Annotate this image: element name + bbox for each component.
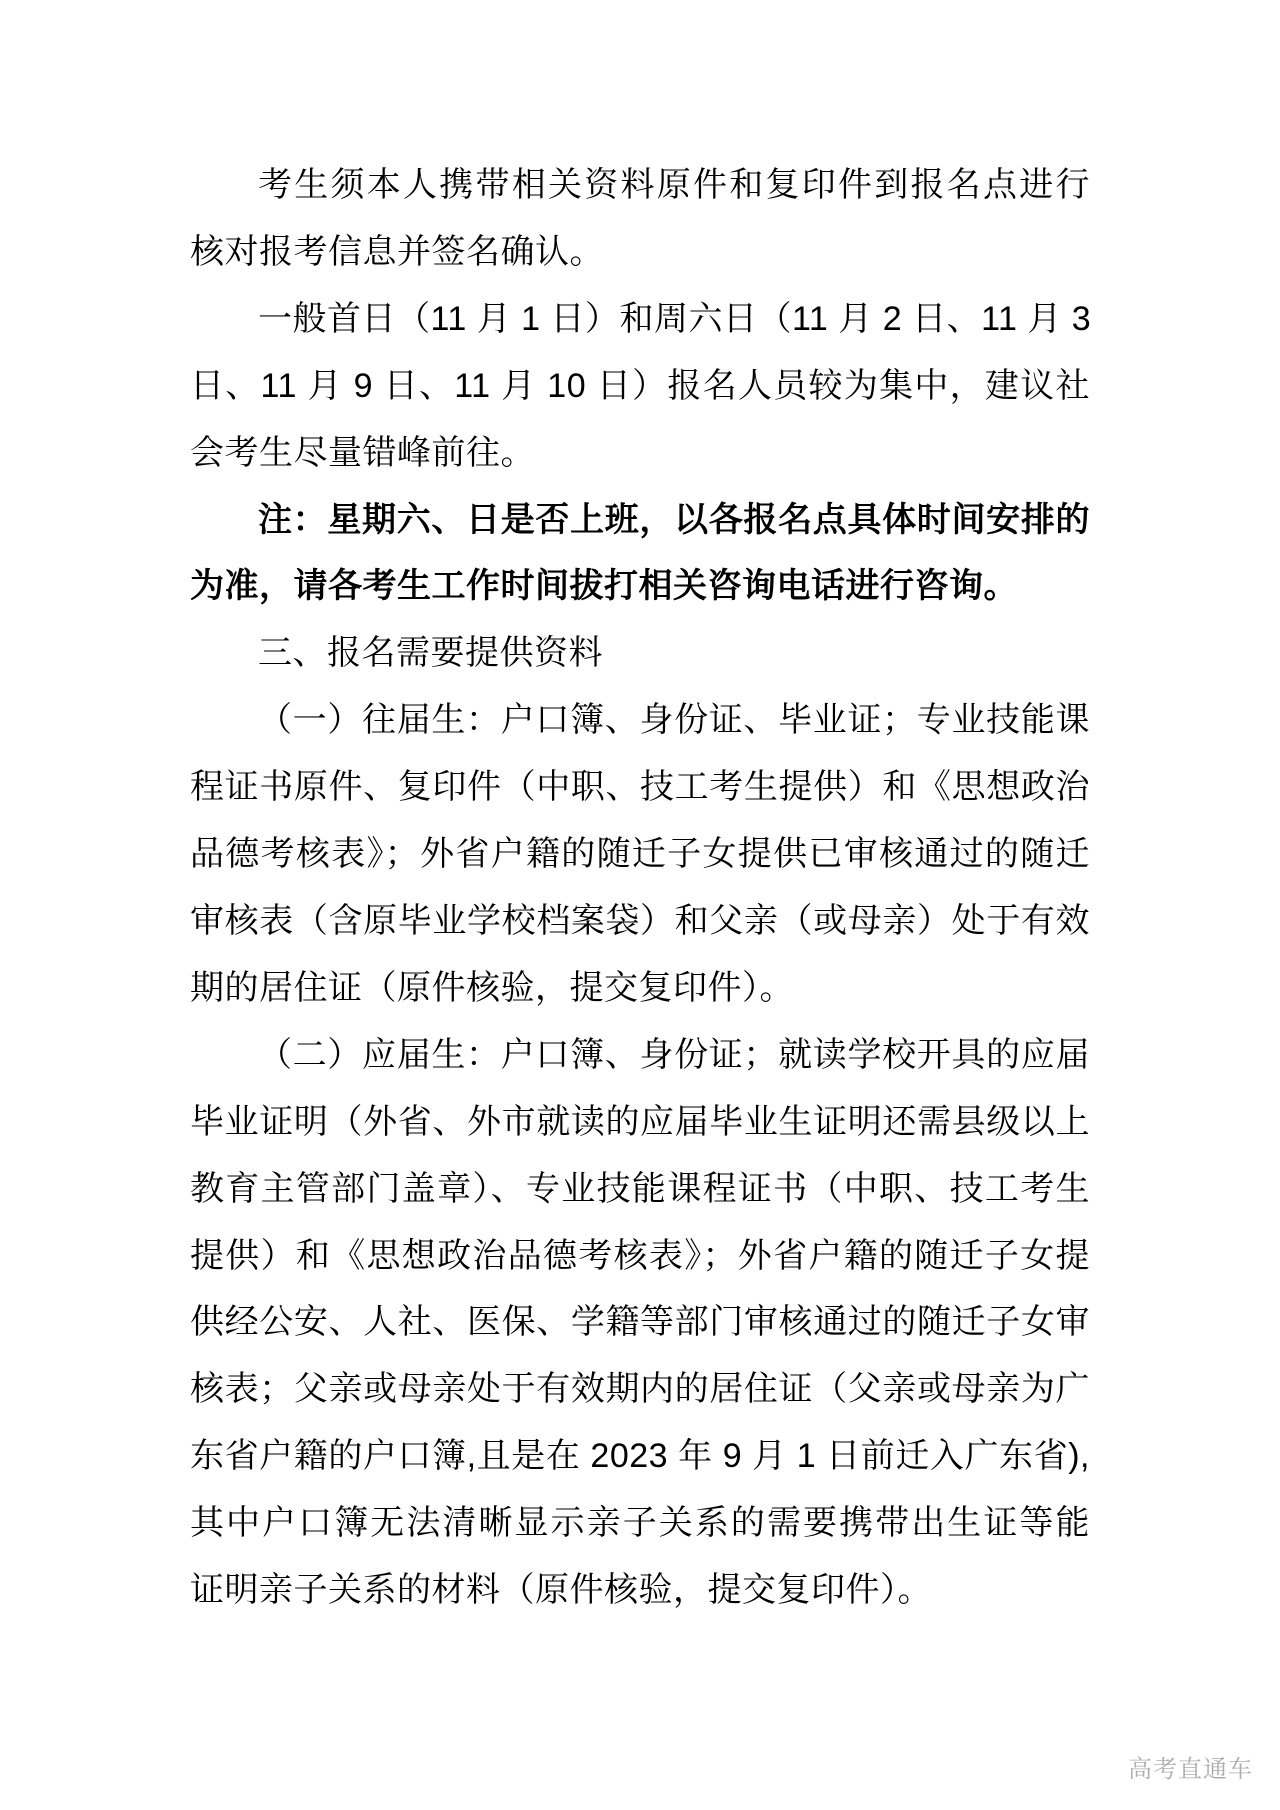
paragraph-confirm-info: 考生须本人携带相关资料原件和复印件到报名点进行 核对报考信息并签名确认。	[190, 152, 1090, 286]
text-line: 程证书原件、复印件（中职、技工考生提供）和《思想政治	[190, 754, 1090, 821]
text-line: 期的居住证（原件核验，提交复印件）。	[190, 955, 1090, 1022]
document-page: 考生须本人携带相关资料原件和复印件到报名点进行 核对报考信息并签名确认。 一般首…	[0, 0, 1280, 1810]
text-line: 提供）和《思想政治品德考核表》；外省户籍的随迁子女提	[190, 1223, 1090, 1290]
text-line: 日、11 月 9 日、11 月 10 日）报名人员较为集中，建议社	[190, 353, 1090, 420]
watermark: 高考直通车	[1128, 1758, 1253, 1782]
text-line: 东省户籍的户口簿,且是在 2023 年 9 月 1 日前迁入广东省),	[190, 1423, 1090, 1490]
document-body: 考生须本人携带相关资料原件和复印件到报名点进行 核对报考信息并签名确认。 一般首…	[190, 152, 1090, 1624]
text-line: 审核表（含原毕业学校档案袋）和父亲（或母亲）处于有效	[190, 888, 1090, 955]
text-line: 注：星期六、日是否上班，以各报名点具体时间安排的	[190, 487, 1090, 554]
text-line: 会考生尽量错峰前往。	[190, 420, 1090, 487]
text-line: 考生须本人携带相关资料原件和复印件到报名点进行	[190, 152, 1090, 219]
paragraph-former-students: （一）往届生：户口簿、身份证、毕业证；专业技能课 程证书原件、复印件（中职、技工…	[190, 687, 1090, 1022]
paragraph-current-students: （二）应届生：户口簿、身份证；就读学校开具的应届 毕业证明（外省、外市就读的应届…	[190, 1022, 1090, 1624]
text-line: 教育主管部门盖章）、专业技能课程证书（中职、技工考生	[190, 1156, 1090, 1223]
text-line: （一）往届生：户口簿、身份证、毕业证；专业技能课	[190, 687, 1090, 754]
text-line: 毕业证明（外省、外市就读的应届毕业生证明还需县级以上	[190, 1089, 1090, 1156]
text-line: 供经公安、人社、医保、学籍等部门审核通过的随迁子女审	[190, 1289, 1090, 1356]
paragraph-note-bold: 注：星期六、日是否上班，以各报名点具体时间安排的 为准，请各考生工作时间拔打相关…	[190, 487, 1090, 621]
text-line: 证明亲子关系的材料（原件核验，提交复印件）。	[190, 1557, 1090, 1624]
section-heading: 三、报名需要提供资料	[190, 620, 1090, 687]
text-line: 核表；父亲或母亲处于有效期内的居住证（父亲或母亲为广	[190, 1356, 1090, 1423]
paragraph-peak-days: 一般首日（11 月 1 日）和周六日（11 月 2 日、11 月 3 日、11 …	[190, 286, 1090, 487]
text-line: 其中户口簿无法清晰显示亲子关系的需要携带出生证等能	[190, 1490, 1090, 1557]
text-line: 核对报考信息并签名确认。	[190, 219, 1090, 286]
text-line: 为准，请各考生工作时间拔打相关咨询电话进行咨询。	[190, 553, 1090, 620]
text-line: （二）应届生：户口簿、身份证；就读学校开具的应届	[190, 1022, 1090, 1089]
text-line: 一般首日（11 月 1 日）和周六日（11 月 2 日、11 月 3	[190, 286, 1090, 353]
heading-section-3: 三、报名需要提供资料	[190, 620, 1090, 687]
text-line: 品德考核表》；外省户籍的随迁子女提供已审核通过的随迁	[190, 821, 1090, 888]
